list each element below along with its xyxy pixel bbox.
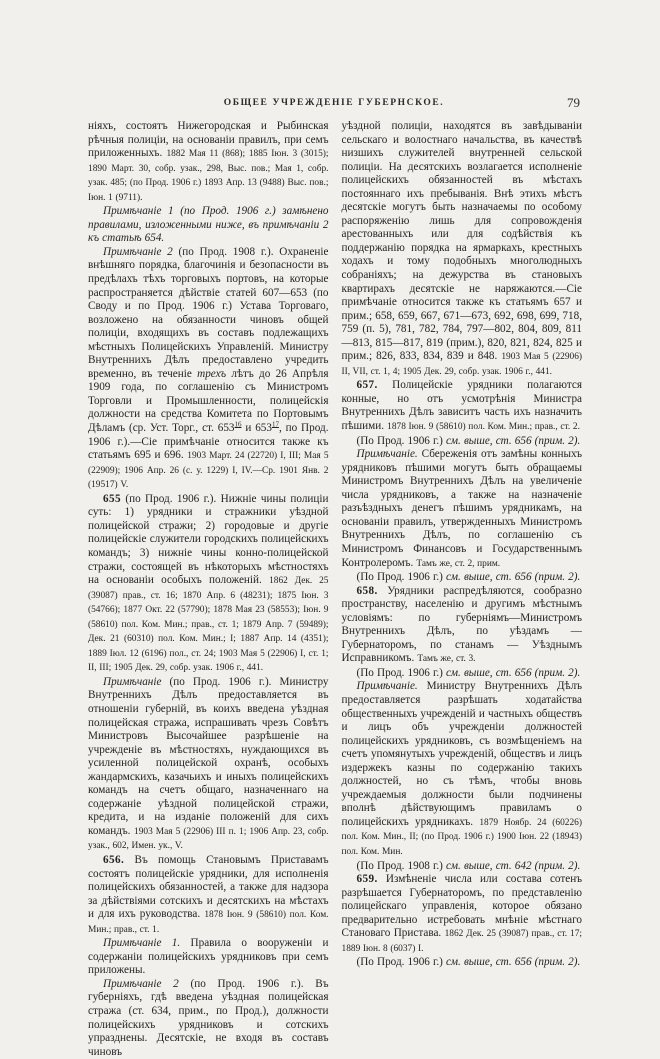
left-column: ніяхъ, состоятъ Нижегородская и Рыбинска… — [88, 120, 329, 900]
text-segment-normal: Сбереженія отъ замѣны конныхъ урядниковъ… — [342, 448, 583, 568]
page-title: ОБЩЕЕ УЧРЕЖДЕНІЕ ГУБЕРНСКОЕ. — [88, 98, 580, 108]
right-column: уѣздной полиціи, находятся въ завѣдывані… — [342, 120, 583, 900]
text-segment-italic: см. выше, ст. 656 (прим. 2). — [446, 571, 580, 583]
text-segment-normal: Измѣненіе числа или состава сотенъ разрѣ… — [342, 873, 583, 900]
text-segment-normal: (по Прод. 1908 г.). Охраненіе внѣшняго п… — [88, 246, 329, 380]
text-segment-normal: (По Прод. 1908 г.) — [357, 860, 446, 872]
text-segment-italic: Примѣчаніе 1 (по Прод. 1906 г.) замѣнено… — [88, 205, 329, 244]
paragraph: Примѣчаніе. Министру Внутреннихъ Дѣлъ пр… — [342, 680, 583, 859]
text-segment-normal: (По Прод. 1906 г.) — [357, 435, 446, 447]
text-segment-bold: 657. — [357, 379, 378, 391]
text-segment-normal: (по Прод. 1906 г.). Министру Внутреннихъ… — [88, 676, 329, 837]
paragraph: 655 (по Прод. 1906 г.). Нижніе чины поли… — [88, 493, 329, 676]
paragraph: 658. Урядники распредѣляются, сообразно … — [342, 585, 583, 667]
paragraph: (По Прод. 1906 г.) см. выше, ст. 656 (пр… — [342, 667, 583, 681]
paragraph: 657. Полицейскіе урядники полагаются кон… — [342, 379, 583, 434]
text-segment-small: Тамъ же, ст. 2, прим. — [416, 559, 500, 569]
paragraph: (По Прод. 1906 г.) см. выше, ст. 656 (пр… — [342, 435, 583, 449]
text-segment-italic: см. выше, ст. 656 (прим. 2). — [446, 435, 580, 447]
text-segment-normal: (По Прод. 1906 г.) — [357, 571, 446, 583]
text-segment-sup: 16 — [235, 420, 242, 428]
text-segment-italic: Примѣчаніе. — [357, 448, 418, 460]
text-segment-normal: Въ помощь Становымъ Приставамъ состоятъ … — [88, 854, 329, 900]
scanned-document-page: ОБЩЕЕ УЧРЕЖДЕНІЕ ГУБЕРНСКОЕ. 79 ніяхъ, с… — [0, 0, 660, 900]
paragraph: Примѣчаніе. Сбереженія отъ замѣны конных… — [342, 448, 583, 571]
text-segment-normal: (по Прод. 1906 г.). Нижніе чины полиціи … — [88, 493, 329, 586]
page-number: 79 — [567, 95, 580, 111]
text-segment-italic: Примѣчаніе. — [357, 680, 418, 692]
text-segment-small: Тамъ же, ст. 3. — [417, 654, 475, 664]
text-segment-small: 1878 Іюн. 9 (58610) пол. Ком. Мин.; прав… — [387, 422, 580, 432]
text-segment-normal: Министру Внутреннихъ Дѣлъ предоставляетс… — [342, 680, 583, 827]
text-segment-normal: и 653 — [242, 422, 272, 434]
paragraph: ніяхъ, состоятъ Нижегородская и Рыбинска… — [88, 120, 329, 205]
text-segment-normal: Урядники распредѣляются, сообразно прост… — [342, 585, 583, 665]
running-header: ОБЩЕЕ УЧРЕЖДЕНІЕ ГУБЕРНСКОЕ. 79 — [88, 98, 580, 114]
text-segment-bold: 655 — [103, 493, 121, 505]
paragraph: (По Прод. 1908 г.) см. выше, ст. 642 (пр… — [342, 860, 583, 874]
text-segment-italic: см. выше, ст. 656 (прим. 2). — [446, 667, 580, 679]
text-segment-italic: трехъ — [197, 368, 226, 380]
text-segment-bold: 656. — [103, 854, 124, 866]
text-columns: ніяхъ, состоятъ Нижегородская и Рыбинска… — [88, 120, 582, 900]
text-segment-small: 1862 Дек. 25 (39087) прав., ст. 16; 1870… — [88, 576, 329, 673]
paragraph: уѣздной полиціи, находятся въ завѣдывані… — [342, 120, 583, 379]
paragraph: Примѣчаніе 1 (по Прод. 1906 г.) замѣнено… — [88, 205, 329, 246]
text-segment-normal: (По Прод. 1906 г.) — [357, 667, 446, 679]
paragraph: Примѣчаніе (по Прод. 1906 г.). Министру … — [88, 676, 329, 854]
paragraph: (По Прод. 1906 г.) см. выше, ст. 656 (пр… — [342, 571, 583, 585]
paragraph: Примѣчаніе 2 (по Прод. 1908 г.). Охранен… — [88, 246, 329, 493]
text-segment-normal: уѣздной полиціи, находятся въ завѣдывані… — [342, 120, 583, 362]
text-segment-italic: Примѣчаніе 2 — [103, 246, 173, 258]
text-segment-bold: 659. — [357, 873, 378, 885]
text-segment-italic: Примѣчаніе — [103, 676, 161, 688]
text-segment-bold: 658. — [357, 585, 378, 597]
text-segment-italic: см. выше, ст. 642 (прим. 2). — [446, 860, 580, 872]
text-segment-sup: 17 — [272, 420, 279, 428]
paragraph: 659. Измѣненіе числа или состава сотенъ … — [342, 873, 583, 900]
paragraph: 656. Въ помощь Становымъ Приставамъ сост… — [88, 854, 329, 900]
